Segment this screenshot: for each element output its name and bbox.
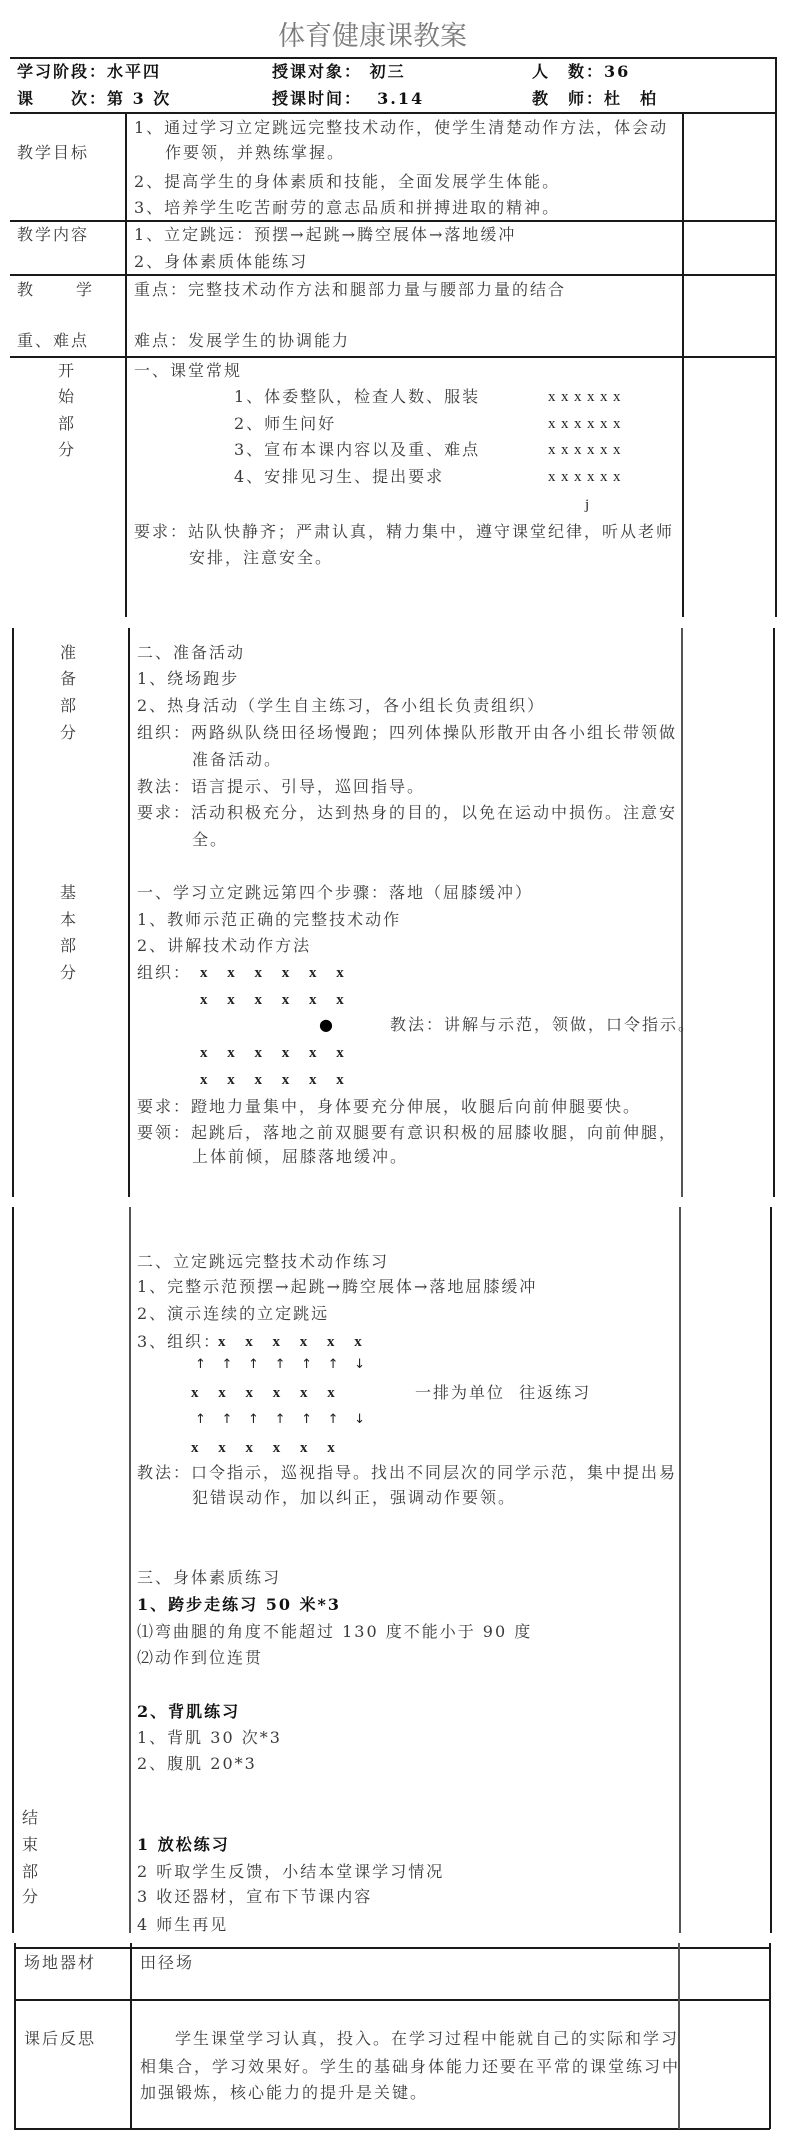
section-label-char: 本 xyxy=(60,910,78,930)
stride-exercise-title: 1、跨步走练习 50 米*3 xyxy=(137,1595,341,1615)
formation-row: xxxxxx xyxy=(548,440,626,460)
document-title: 体育健康课教案 xyxy=(278,22,467,52)
key-points-label-part: 学 xyxy=(76,280,94,300)
focus-point: 重点：完整技术动作方法和腿部力量与腰部力量的结合 xyxy=(134,280,566,300)
section-label-char: 分 xyxy=(60,963,78,983)
table-top-border xyxy=(14,1947,770,1949)
table-right-border xyxy=(769,1943,771,2129)
reflection-line: 学生课堂学习认真，投入。在学习过程中能就自己的实际和学习 xyxy=(175,2029,679,2049)
routine-item: 4、安排见习生、提出要求 xyxy=(234,467,444,487)
label-column-divider xyxy=(125,112,127,617)
content-line: 1、立定跳远：预摆→起跳→腾空展体→落地缓冲 xyxy=(134,225,516,245)
notes-column-divider xyxy=(679,1207,681,1933)
venue-value: 田径场 xyxy=(140,1953,194,1973)
routine-item: 2、师生问好 xyxy=(234,414,336,434)
closing-item: 4 师生再见 xyxy=(137,1915,228,1935)
section-label-char: 备 xyxy=(60,669,78,689)
practice-line: 1、完整示范预摆→起跳→腾空展体→落地屈膝缓冲 xyxy=(137,1277,537,1297)
practice-line: 2、演示连续的立定跳远 xyxy=(137,1304,329,1324)
objective-line: 3、培养学生吃苦耐劳的意志品质和拼搏进取的精神。 xyxy=(134,198,560,218)
content-label: 教学内容 xyxy=(17,225,89,245)
section-label-char: 分 xyxy=(22,1887,40,1907)
section-label-char: 分 xyxy=(60,723,78,743)
lesson-plan-document: 体育健康课教案 学习阶段：水平四 授课对象： 初三 人 数：36 课 次：第 3… xyxy=(0,0,786,2147)
basic-line: 2、讲解技术动作方法 xyxy=(137,936,311,956)
label-column-divider xyxy=(128,628,130,1197)
back-exercise-item: 2、腹肌 20*3 xyxy=(137,1754,257,1774)
section-heading: 二、立定跳远完整技术动作练习 xyxy=(137,1252,389,1272)
requirement-line: 安排，注意安全。 xyxy=(189,548,333,568)
closing-item: 3 收还器材，宣布下节课内容 xyxy=(137,1887,372,1907)
difficult-point: 难点：发展学生的协调能力 xyxy=(134,331,350,351)
warmup-line: 准备活动。 xyxy=(192,750,282,770)
section-label-char: 准 xyxy=(60,643,78,663)
teaching-method-line: 教法：口令指示，巡视指导。找出不同层次的同学示范，集中提出易 xyxy=(137,1463,677,1483)
section-heading: 三、身体素质练习 xyxy=(137,1568,281,1588)
warmup-line: 2、热身活动（学生自主练习，各小组长负责组织） xyxy=(137,696,545,716)
table-right-border xyxy=(770,1207,772,1933)
requirement-line: 要求：站队快静齐；严肃认真，精力集中，遵守课堂纪律，听从老师 xyxy=(134,522,674,542)
table-top-border xyxy=(10,57,776,59)
section-label-char: 部 xyxy=(60,936,78,956)
reflection-line: 相集合，学习效果好。学生的基础身体能力还要在平常的课堂练习中 xyxy=(140,2057,680,2077)
formation-row: xxxxxx xyxy=(548,387,626,407)
target-class: 授课对象： 初三 xyxy=(272,62,406,82)
teacher-name: 教 师：杜 柏 xyxy=(532,89,658,109)
formation-row: x x x x x x xyxy=(191,1383,335,1403)
table-left-border xyxy=(14,1943,16,2129)
warmup-line: 要求：活动积极充分，达到热身的目的，以免在运动中损伤。注意安 xyxy=(137,803,677,823)
notes-column-divider xyxy=(681,628,683,1197)
section-label-char: 开 xyxy=(58,361,76,381)
table-left-border xyxy=(12,628,14,1197)
stride-point: ⑴弯曲腿的角度不能超过 130 度不能小于 90 度 xyxy=(137,1622,532,1642)
section-label-char: 部 xyxy=(58,414,76,434)
movement-arrows: ↑ ↑ ↑ ↑ ↑ ↑ ↓ xyxy=(195,1355,365,1375)
objective-line: 2、提高学生的身体素质和技能，全面发展学生体能。 xyxy=(134,172,560,192)
warmup-line: 1、绕场跑步 xyxy=(137,669,239,689)
back-exercise-title: 2、背肌练习 xyxy=(137,1702,240,1722)
section-label-char: 结 xyxy=(22,1808,40,1828)
key-points-label-part: 重、难点 xyxy=(17,331,89,351)
reflection-label: 课后反思 xyxy=(24,2029,96,2049)
closing-item: 2 听取学生反馈，小结本堂课学习情况 xyxy=(137,1862,444,1882)
table-left-border xyxy=(12,1207,14,1933)
objectives-label: 教学目标 xyxy=(17,143,89,163)
warmup-line: 组织：两路纵队绕田径场慢跑；四列体操队形散开由各小组长带领做 xyxy=(137,723,677,743)
section-label-char: 部 xyxy=(22,1862,40,1882)
formation-row: xxxxxx xyxy=(548,467,626,487)
formation-row: x x x x x x xyxy=(200,963,344,983)
organization-label: 3、组织： xyxy=(137,1332,221,1352)
student-count: 人 数：36 xyxy=(532,62,630,82)
study-stage: 学习阶段：水平四 xyxy=(17,62,161,82)
formation-row: xxxxxx xyxy=(548,414,626,434)
organization-label: 组织： xyxy=(137,963,191,983)
label-column-divider xyxy=(130,1943,132,2129)
section-heading: 二、准备活动 xyxy=(137,643,245,663)
table-right-border xyxy=(775,57,777,617)
objective-line: 1、通过学习立定跳远完整技术动作，使学生清楚动作方法，体会动 xyxy=(134,118,668,138)
objective-line: 作要领，并熟练掌握。 xyxy=(165,143,345,163)
section-label-char: 基 xyxy=(60,883,78,903)
section-label-char: 部 xyxy=(60,696,78,716)
label-column-divider xyxy=(129,1207,131,1933)
teacher-position-dot: ● xyxy=(319,1015,333,1035)
reflection-line: 加强锻炼，核心能力的提升是关键。 xyxy=(140,2083,428,2103)
practice-note: 一排为单位 往返练习 xyxy=(415,1383,591,1403)
lesson-time: 授课时间： 3.14 xyxy=(272,89,424,109)
section-heading: 一、学习立定跳远第四个步骤：落地（屈膝缓冲） xyxy=(137,883,533,903)
closing-item: 1 放松练习 xyxy=(137,1835,230,1855)
formation-row: x x x x x x xyxy=(218,1332,362,1352)
venue-label: 场地器材 xyxy=(24,1953,96,1973)
formation-row: x x x x x x xyxy=(200,990,344,1010)
content-line: 2、身体素质体能练习 xyxy=(134,252,308,272)
teaching-method-line: 犯错误动作，加以纠正，强调动作要领。 xyxy=(192,1488,516,1508)
formation-row: x x x x x x xyxy=(200,1043,344,1063)
key-points-label-part: 教 xyxy=(17,280,35,300)
formation-row: x x x x x x xyxy=(200,1070,344,1090)
back-exercise-item: 1、背肌 30 次*3 xyxy=(137,1728,282,1748)
stride-point: ⑵动作到位连贯 xyxy=(137,1648,263,1668)
table-bottom-border xyxy=(14,2128,770,2130)
section-heading: 一、课堂常规 xyxy=(134,361,242,381)
basic-line: 1、教师示范正确的完整技术动作 xyxy=(137,910,401,930)
warmup-line: 教法：语言提示、引导，巡回指导。 xyxy=(137,777,425,797)
lesson-number: 课 次：第 3 次 xyxy=(17,89,171,109)
row-divider xyxy=(14,1999,770,2001)
section-label-char: 分 xyxy=(58,440,76,460)
teacher-position-mark: j xyxy=(585,495,595,515)
routine-item: 1、体委整队，检查人数、服装 xyxy=(234,387,480,407)
movement-arrows: ↑ ↑ ↑ ↑ ↑ ↑ ↓ xyxy=(195,1410,365,1430)
section-label-char: 始 xyxy=(58,387,76,407)
section-label-char: 束 xyxy=(22,1835,40,1855)
requirement-line: 要求：蹬地力量集中，身体要充分伸展，收腿后向前伸腿要快。 xyxy=(137,1097,641,1117)
warmup-line: 全。 xyxy=(192,830,228,850)
notes-column-divider xyxy=(682,112,684,617)
essentials-line: 上体前倾，屈膝落地缓冲。 xyxy=(192,1147,408,1167)
routine-item: 3、宣布本课内容以及重、难点 xyxy=(234,440,480,460)
formation-row: x x x x x x xyxy=(191,1438,335,1458)
essentials-line: 要领：起跳后，落地之前双腿要有意识积极的屈膝收腿，向前伸腿， xyxy=(137,1123,677,1143)
table-right-border xyxy=(773,628,775,1197)
teaching-method: 教法：讲解与示范，领做，口令指示。 xyxy=(390,1015,696,1035)
